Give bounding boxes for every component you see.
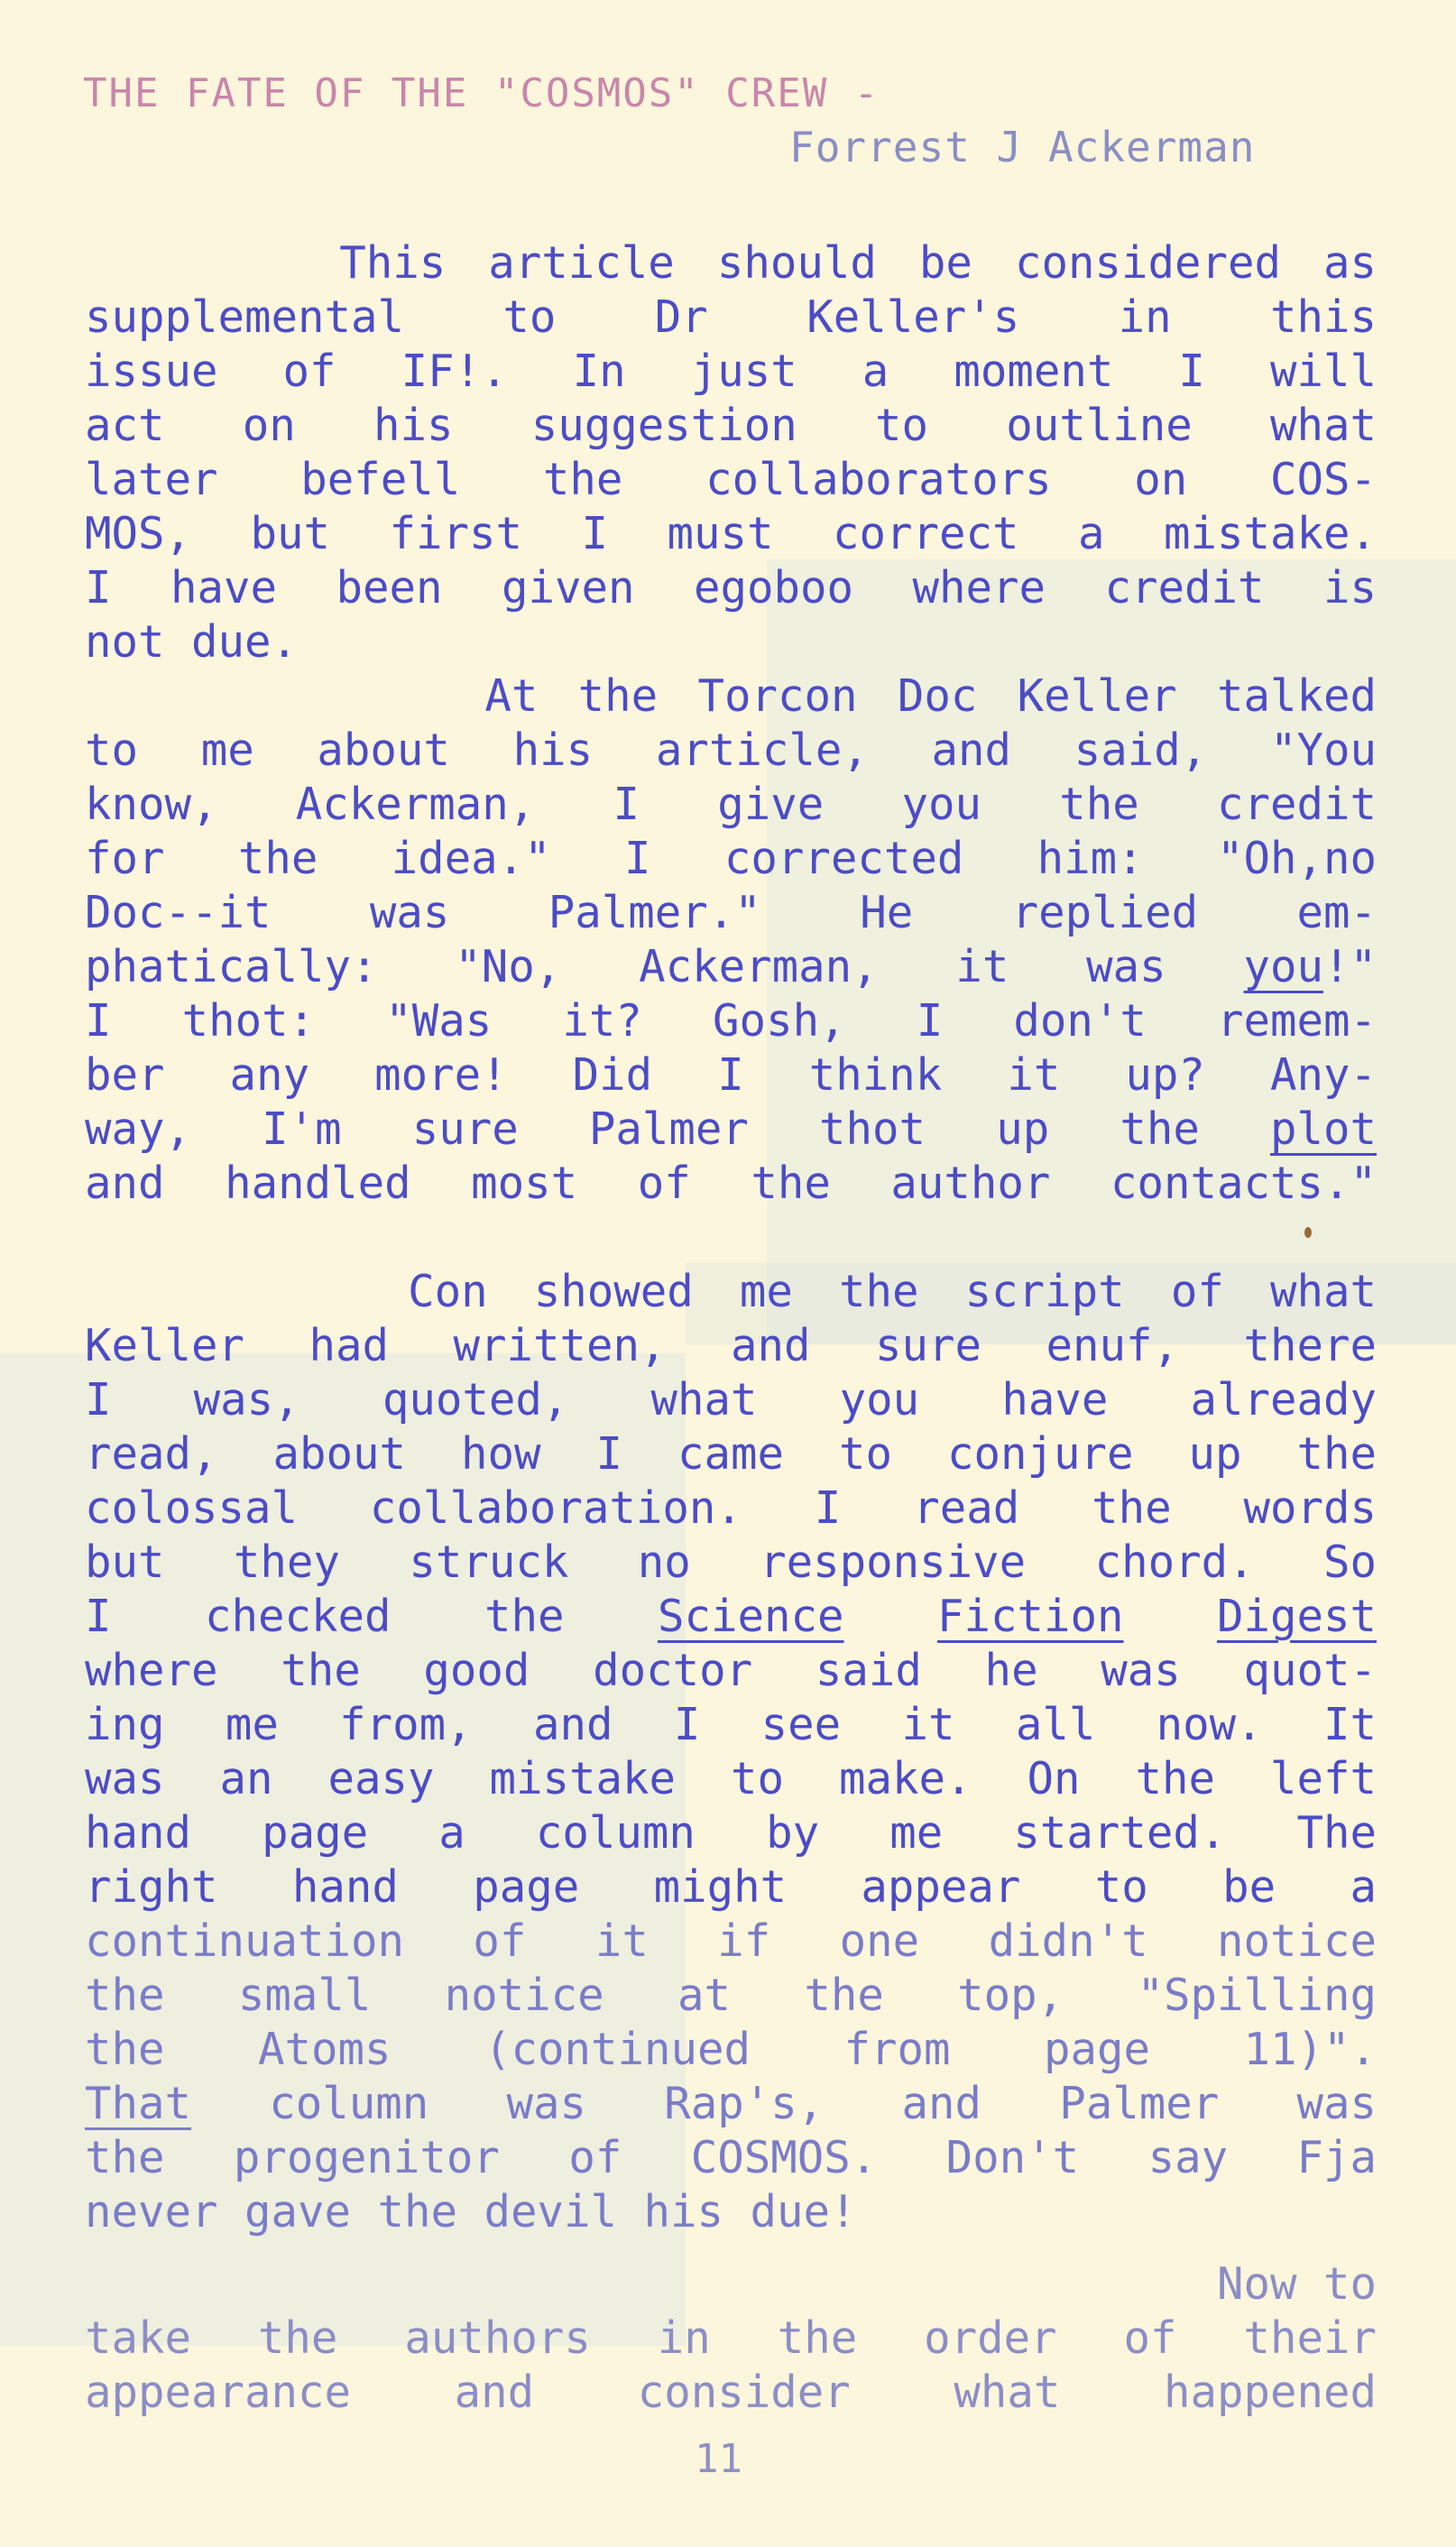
underlined-word: Digest [1217,1591,1377,1642]
text-line: I was, quoted, what you have already [85,1373,1377,1427]
text-line: I have been given egoboo where credit is [85,561,1377,615]
text-line: appearance and consider what happened [85,2366,1377,2420]
text-line: to me about his article, and said, "You [85,724,1377,778]
text-line: issue of IF!. In just a moment I will [85,345,1377,399]
underlined-word: Fiction [937,1591,1124,1642]
text-line: for the idea." I corrected him: "Oh,no [85,832,1377,886]
text-line: the small notice at the top, "Spilling [85,1969,1377,2023]
text-line: ing me from, and I see it all now. It [85,1698,1377,1752]
text-line: ber any more! Did I think it up? Any- [85,1048,1377,1103]
text-line: but they struck no responsive chord. So [85,1536,1377,1590]
underlined-word: That [85,2078,191,2129]
text-line: later befell the collaborators on COS- [85,453,1377,507]
text-line: where the good doctor said he was quot- [85,1644,1377,1698]
text-line: the Atoms (continued from page 11)". [85,2023,1377,2077]
text-line: supplemental to Dr Keller's in this [85,291,1377,345]
text-line: act on his suggestion to outline what [85,399,1377,453]
text-line: know, Ackerman, I give you the credit [85,778,1377,832]
text-line: Con showed me the script of what [85,1265,1377,1319]
text-line: Doc--it was Palmer." He replied em- [85,886,1377,940]
underlined-word: Science [658,1591,844,1642]
underlined-word: plot [1270,1103,1377,1155]
text-line: was an easy mistake to make. On the left [85,1752,1377,1806]
text-line: At the Torcon Doc Keller talked [85,669,1377,724]
text-line: take the authors in the order of their [85,2312,1377,2366]
text-line: I checked the Science Fiction Digest [85,1590,1377,1644]
text-line: Now to [85,2257,1377,2312]
text-line: continuation of it if one didn't notice [85,1915,1377,1969]
text-line: read, about how I came to conjure up the [85,1427,1377,1481]
typewritten-page: THE FATE OF THE "COSMOS" CREW - Forrest … [0,0,1456,2547]
text-line: hand page a column by me started. The [85,1806,1377,1860]
underlined-word: you [1243,941,1323,992]
text-line: I thot: "Was it? Gosh, I don't remem- [85,994,1377,1048]
text-line: not due. [85,615,1377,669]
text-line: phatically: "No, Ackerman, it was you!" [85,940,1377,994]
article-title: THE FATE OF THE "COSMOS" CREW - [83,70,880,116]
text-line: This article should be considered as [85,236,1377,291]
text-line: That column was Rap's, and Palmer was [85,2077,1377,2131]
author-byline: Forrest J Ackerman [789,123,1256,171]
text-line: way, I'm sure Palmer thot up the plot [85,1103,1377,1157]
ink-blot [1304,1227,1312,1238]
text-line: colossal collaboration. I read the words [85,1481,1377,1536]
text-line: the progenitor of COSMOS. Don't say Fja [85,2131,1377,2185]
text-line: Keller had written, and sure enuf, there [85,1319,1377,1373]
page-number: 11 [695,2436,742,2482]
text-line: MOS, but first I must correct a mistake. [85,507,1377,561]
text-line: and handled most of the author contacts.… [85,1157,1377,1211]
text-line: never gave the devil his due! [85,2185,1377,2239]
text-line: right hand page might appear to be a [85,1860,1377,1915]
